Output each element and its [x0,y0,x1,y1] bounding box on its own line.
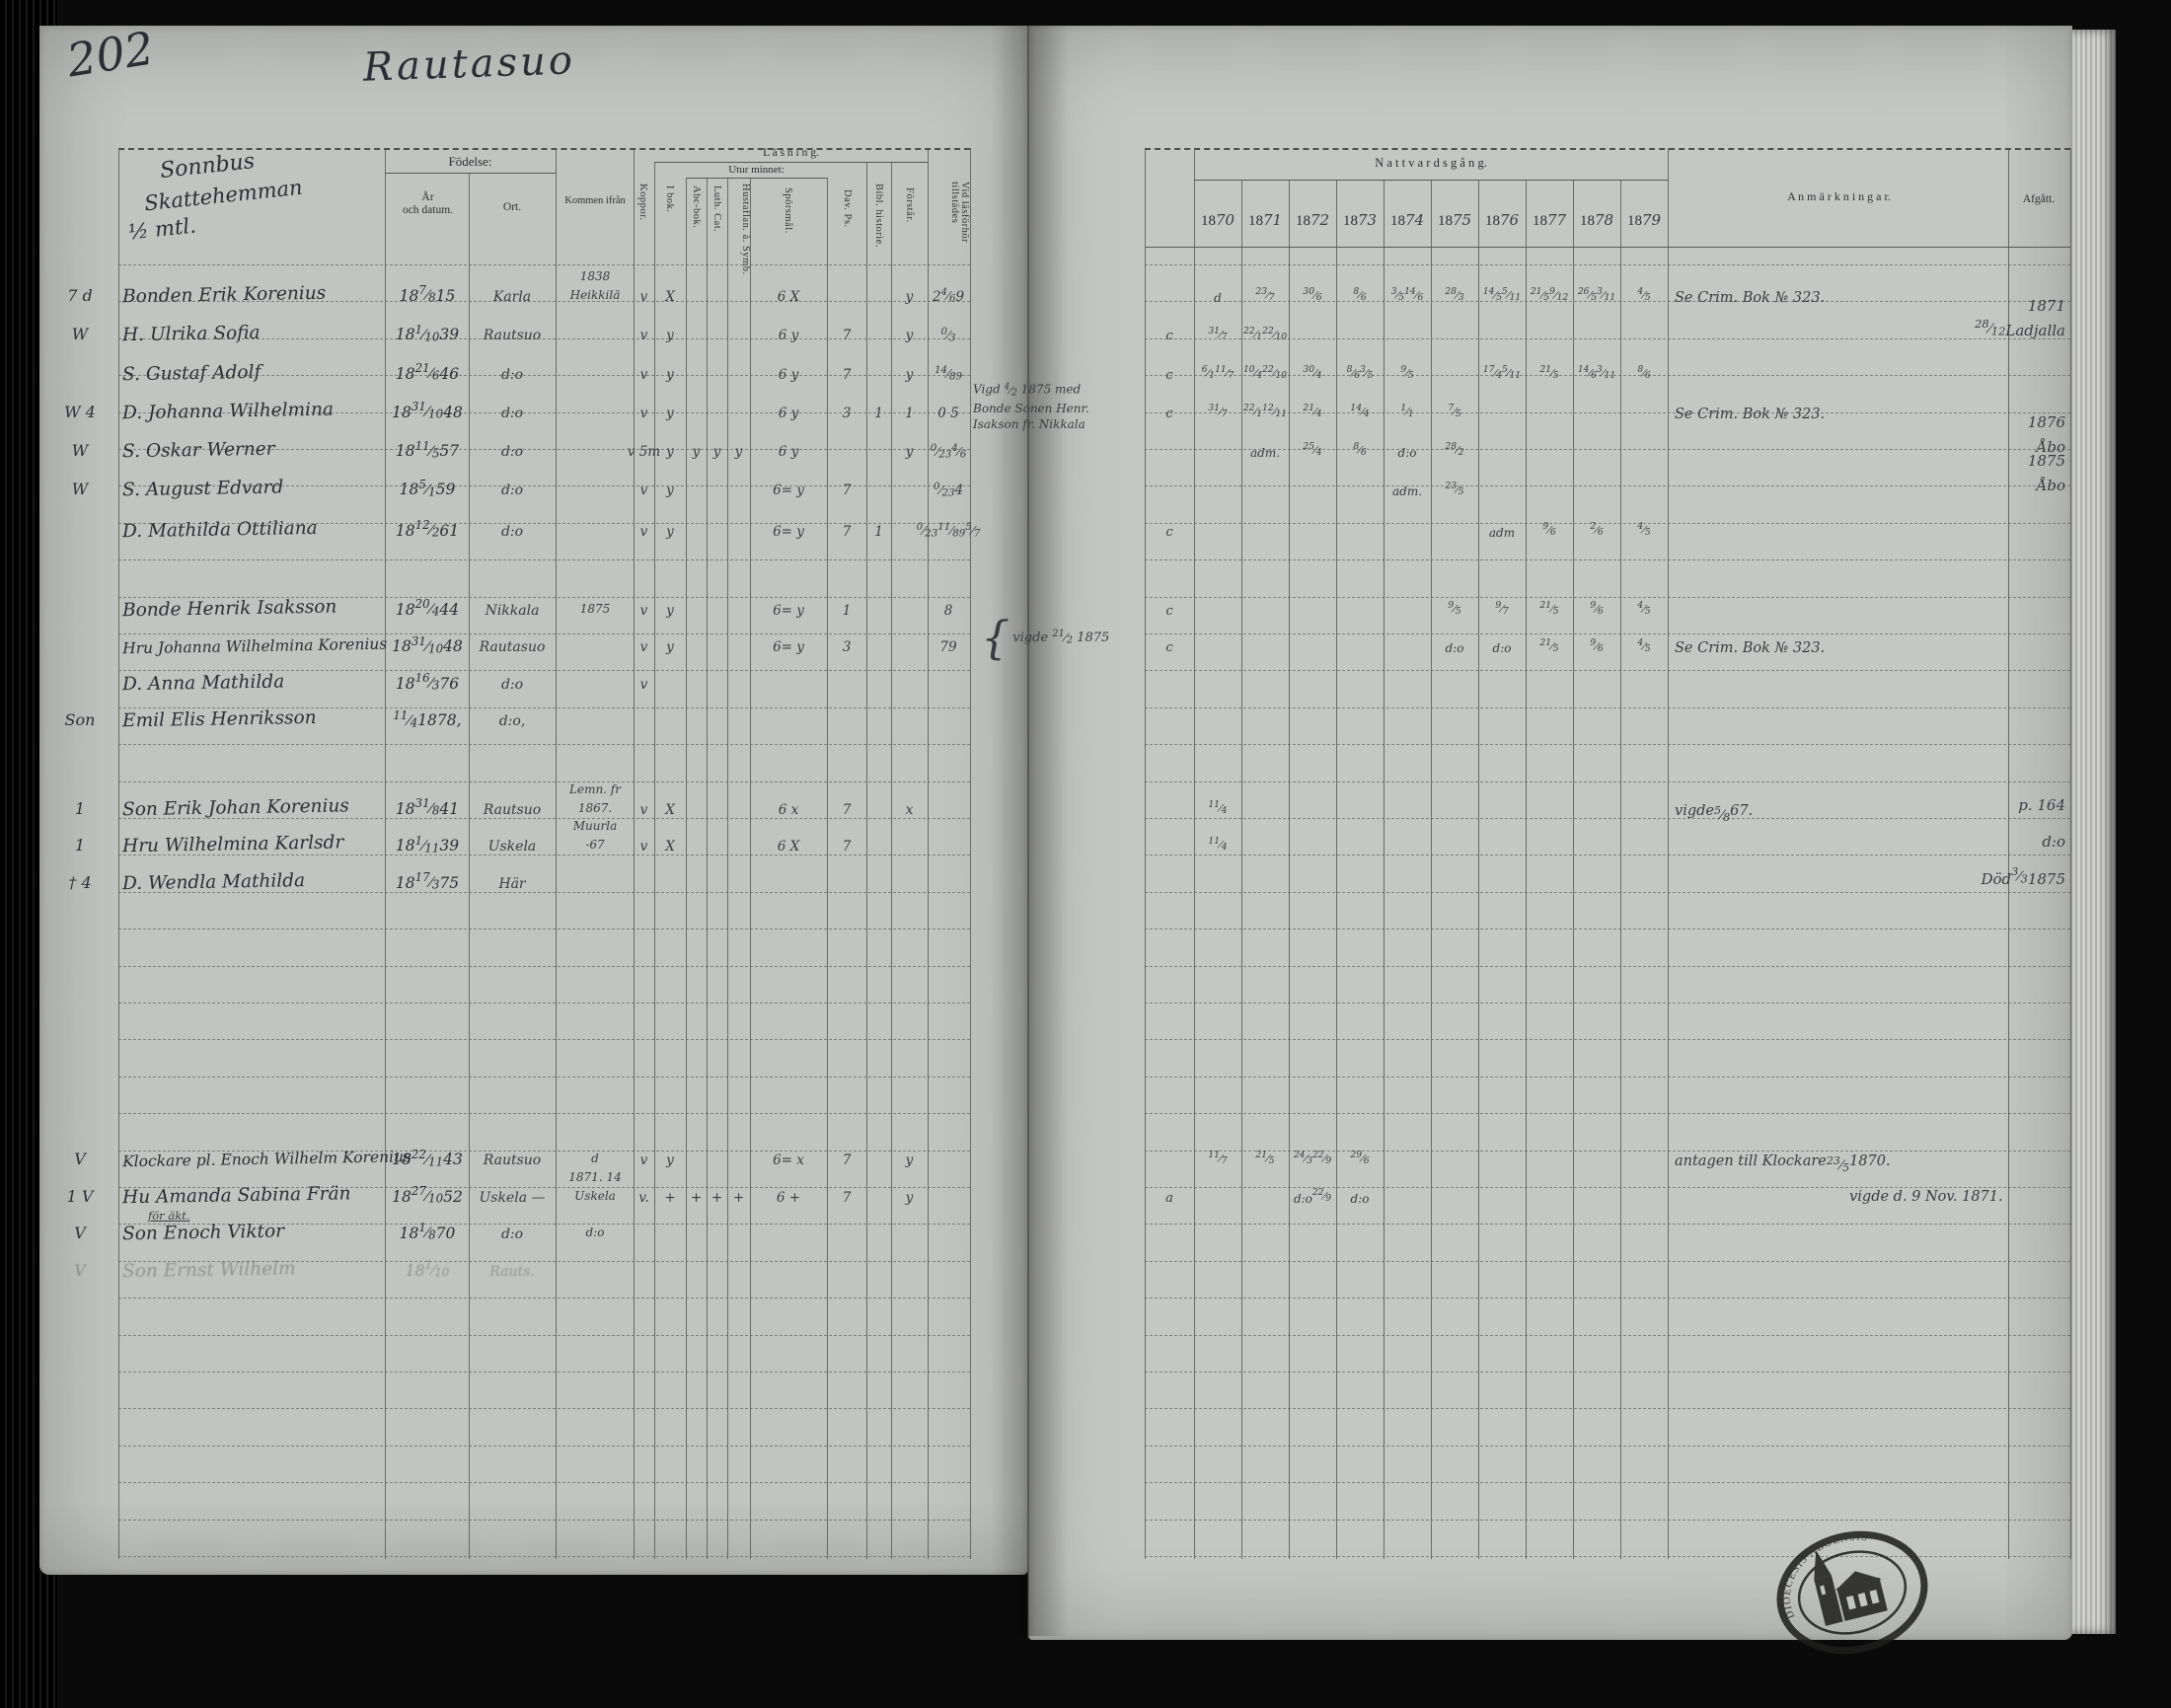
communion-date: 14⁄6 3⁄11 [1573,353,1620,383]
header-koppor: Koppor. [637,184,647,272]
column-line [118,148,119,1559]
row-rule [1145,559,2070,560]
communion-date: 7⁄5 [1431,392,1478,421]
communion-date: 9⁄6 [1573,589,1620,619]
column-line [1241,180,1242,1559]
row-margin-mark: 1 V [45,1178,114,1206]
header-divider [385,173,556,174]
communion-date: d:o 22⁄9 [1289,1176,1336,1206]
came-from: d:o [557,1218,634,1242]
mark-koppor: v [633,358,655,383]
person-name: H. Ulrika Sofia [122,313,383,346]
row-rule [118,1113,970,1114]
mark-koppor: v [633,1144,655,1168]
mark-ibok: y [653,1144,687,1168]
communion-date: 30⁄4 [1289,353,1336,383]
mark-davps: 3 [826,397,867,421]
person-name: S. August Edvard [122,468,383,501]
row-rule [1145,1408,2070,1409]
row-rule [118,1003,970,1003]
year-label: 1872 [1289,211,1336,230]
birth-place: Nikkala [470,593,555,619]
mark-spors: 6= y [749,631,828,655]
communion-date: 8⁄6 3⁄5 [1336,353,1384,383]
row-rule [1145,854,2070,855]
departure: 1875 Åbo [1868,451,2065,498]
communion-date: 21⁄5 [1526,626,1573,655]
year-label: 1874 [1384,211,1431,230]
communion-date: 4⁄5 [1620,626,1668,655]
mark-davps: 7 [826,1181,867,1206]
communion-date: 22⁄1 12⁄11 [1241,392,1289,421]
person-name: D. Anna Mathilda [122,662,383,696]
birth-date: 18 1⁄8 70 [386,1216,469,1242]
column-line [1336,180,1337,1559]
communion-date: 23⁄7 [1241,275,1289,305]
column-line [1526,180,1527,1559]
row-rule [118,928,970,929]
communion-date: 29⁄6 [1336,1139,1384,1168]
communion-date: 26⁄5 3⁄11 [1573,275,1620,305]
mark-tillst: 0⁄23 4⁄6 [925,435,972,460]
mark-forstar: x [890,793,929,818]
communion-date: 31⁄7 [1194,314,1241,343]
note-wed-note-1875: Vigd 4⁄2 1875 medBonde Sonen Henr.Isakso… [973,379,1185,432]
communion-date: 9⁄5 [1431,589,1478,619]
year-label: 1878 [1573,211,1620,230]
person-name: D. Johanna Wilhelmina [122,391,383,424]
row-rule [1145,1482,2070,1483]
birth-date: 18 20⁄4 44 [386,592,469,619]
mark-ibok: y [653,515,687,540]
header-hustaflan: Hustaflan. å. Symb. [728,184,750,276]
header-vid-lasforhor: Vid läsförhör tillstädes [932,182,969,276]
year-label: 1877 [1526,211,1573,230]
mark-ibok: y [653,435,687,460]
departure: d:o [1868,831,2065,854]
birth-place: Rautsuo [470,792,555,818]
row-rule [1145,670,2070,671]
communion-date: d:o [1431,626,1478,655]
mark-ibok: X [653,280,687,305]
year-label: 1876 [1478,211,1526,230]
mark-ibok: y [653,594,687,619]
header-luth-cat: Luth. Cat. [711,186,721,274]
departure: 28⁄12 1871 Ladjalla [1868,296,2065,343]
communion-date: 17⁄4 5⁄11 [1478,353,1526,383]
row-rule [1145,707,2070,708]
birth-place: Karla [470,279,555,305]
birth-date: 18 5⁄1 59 [386,472,469,498]
mark-abc: y [685,435,708,460]
row-margin-mark: 7 d [45,277,114,305]
communion-date: 28⁄2 [1431,430,1478,460]
mark-koppor: v [633,515,655,540]
mark-spors: 6 + [749,1181,828,1206]
row-rule [118,1482,970,1483]
row-rule [1145,1113,2070,1114]
row-margin-mark: 1 [45,790,114,818]
row-rule [1145,1077,2070,1077]
birth-place: Uskela [470,829,555,854]
mark-tillst: 8 [925,594,972,619]
communion-date: 1⁄1 [1384,392,1431,421]
communion-date: 3⁄5 14⁄6 [1384,275,1431,305]
column-line [1478,180,1479,1559]
mark-davps: 1 [826,594,867,619]
header-utur-minnet: Utur minnet: [686,164,827,176]
person-name: Son Ernst Wilhelm [122,1248,383,1282]
mark-spors: 6 y [749,397,828,421]
person-name: Hru Johanna Wilhelmina Korenius [122,625,383,658]
mark-ibok: y [653,474,687,498]
mark-davps: 7 [826,358,867,383]
birth-date: 18 1⁄11 39 [386,828,469,854]
mark-davps: 7 [826,793,867,818]
person-name: Hru Wilhelmina Karlsdr [122,824,383,857]
row-rule [118,559,970,560]
row-rule [118,1446,970,1447]
row-rule [118,1335,970,1336]
communion-date: 9⁄7 [1478,589,1526,619]
communion-date: 25⁄4 [1289,430,1336,460]
row-rule [118,781,970,782]
birth-place: d:o [470,514,555,540]
row-margin-mark: W [45,316,114,343]
mark-spors: 6 y [749,435,828,460]
header-ar-och-datum: År och datum. [387,191,469,217]
mark-spors: 6 y [749,319,828,343]
mark-spors: 6= y [749,515,828,540]
mark-forstar: y [890,435,929,460]
remark: antagen till Klockare 23⁄5 1870. vigde d… [1675,1144,2015,1215]
communion-date: 8⁄6 [1336,430,1384,460]
row-rule [1145,1298,2070,1299]
row-rule [118,1298,970,1299]
birth-date: 18 1⁄10 [386,1253,469,1280]
row-rule [1145,264,2070,265]
column-line [1573,180,1574,1559]
header-nattvardsgang: N a t t v a r d s g å n g. [1194,156,1668,171]
column-line [1668,148,1669,1559]
birth-place: d:o [470,434,555,460]
mark-bibl: 1 [865,397,892,421]
came-from: 1875 [557,594,634,619]
column-line [1620,180,1621,1559]
came-from: 1871. 14 Uskela [557,1162,634,1206]
row-rule [1145,1224,2070,1225]
row-rule [1145,928,2070,929]
birth-place: Rautsuo [470,1143,555,1168]
row-margin-mark: 1 [45,827,114,854]
communion-date: 31⁄7 [1194,392,1241,421]
row-margin-mark: Son [45,702,114,729]
communion-date: 14⁄5 5⁄11 [1478,275,1526,305]
mark-koppor: v [633,474,655,498]
row-rule [1145,1039,2070,1040]
mark-davps: 7 [826,830,867,854]
mark-tillst: 79 [925,631,972,655]
row-rule [1145,1372,2070,1373]
row-margin-mark: W [45,432,114,460]
communion-pre-mark: c [1147,595,1192,619]
year-label: 1875 [1431,211,1478,230]
birth-date: 18 1⁄10 39 [386,317,469,343]
communion-date: 6⁄1 11⁄7 [1194,353,1241,383]
person-name: D. Wendla Mathilda [122,860,383,894]
person-name: Son Erik Johan Korenius [122,787,383,821]
header-anmarkningar: A n m ä r k n i n g a r. [1670,189,2008,204]
birth-date: 18 31⁄8 41 [386,791,469,818]
communion-date: 9⁄6 [1526,510,1573,540]
birth-place: d:o [470,473,555,498]
communion-pre-mark: c [1147,320,1192,343]
mark-spors: 6 x [749,793,828,818]
birth-date: 18 16⁄3 76 [386,666,469,693]
header-ort: Ort. [471,201,554,213]
column-line [686,178,687,1559]
row-rule [118,1077,970,1077]
mark-tillst: 0⁄23 4 [925,474,972,498]
person-name: Emil Elis Henriksson [122,699,383,732]
mark-ibok: X [653,830,687,854]
communion-date: 8⁄6 [1336,275,1384,305]
mark-forstar: y [890,1144,929,1168]
mark-tillst: 2 4⁄6 9 [925,280,972,305]
mark-ibok: y [653,319,687,343]
header-divider [654,162,928,163]
row-rule [118,1520,970,1521]
scanned-ledger-page: 202 Rautasuo Sonnbus Skattehemman ½ mtl.… [0,0,2171,1708]
column-line [1289,180,1290,1559]
column-line [727,178,728,1559]
mark-spors: 6= x [749,1144,828,1168]
row-rule [1145,1335,2070,1336]
mark-davps: 7 [826,1144,867,1168]
mark-spors: 6 X [749,830,828,854]
mark-spors: 6 y [749,358,828,383]
row-margin-mark: V [45,1141,114,1168]
row-margin-mark: W 4 [45,394,114,421]
table-top-border [1145,148,2070,150]
year-label: 1873 [1336,211,1384,230]
communion-date: 4⁄5 [1620,510,1668,540]
row-rule [118,966,970,967]
person-name: S. Gustaf Adolf [122,351,383,385]
header-fodelse: Födelse: [385,154,556,170]
mark-forstar: y [890,358,929,383]
column-line [1145,148,1146,1559]
header-forstar: Förstår. [904,187,914,276]
mark-koppor: v [633,594,655,619]
birth-date: 18 7⁄8 15 [386,278,469,305]
came-from: Muurla -67 [557,811,634,854]
mark-forstar: y [890,1181,929,1206]
row-margin-mark: W [45,471,114,498]
mark-ibok: X [653,793,687,818]
birth-place: Rauts. [470,1254,555,1280]
row-rule [1145,1003,2070,1003]
mark-forstar: 1 [890,397,929,421]
year-label: 1879 [1620,211,1668,230]
mark-davps: 7 [826,515,867,540]
communion-date: 21⁄5 9⁄12 [1526,275,1573,305]
row-rule [118,854,970,855]
column-line [750,178,751,1559]
header-divider [1145,247,2070,248]
communion-date: 8⁄6 [1620,353,1668,383]
mark-davps: 3 [826,631,867,655]
mark-bibl: 1 [865,515,892,540]
header-sporsmal: Spörsmål. [783,187,792,276]
header-dav-ps: Dav. Ps. [842,189,852,276]
birth-date: 11⁄4 1878, [386,703,469,729]
communion-date: 4⁄5 [1620,589,1668,619]
row-margin-mark: V [45,1252,114,1280]
mark-koppor: v [633,830,655,854]
person-name: Bonden Erik Korenius [122,274,383,308]
header-afgatt: Afgått. [2007,193,2070,205]
communion-date: 10⁄4 22⁄10 [1241,353,1289,383]
mark-tillst: 0⁄3 [925,319,972,343]
communion-date: adm. [1241,430,1289,460]
person-name: Klockare pl. Enoch Wilhelm Korenius [122,1138,383,1171]
mark-luth: + [706,1181,728,1206]
page-edge-stack [2072,30,2116,1634]
mark-hust: + [726,1181,751,1206]
mark-ibok: + [653,1181,687,1206]
table-top-border [118,148,970,150]
note-wed-note-1875b: {vigde 21⁄2 1875 [981,618,1208,657]
mark-hust: y [726,435,751,460]
row-rule [1145,1261,2070,1262]
mark-davps: 7 [826,319,867,343]
communion-date: 22⁄1 22⁄10 [1241,314,1289,343]
row-rule [1145,966,2070,967]
communion-date: d [1194,275,1241,305]
mark-koppor: v [633,668,655,693]
header-kommen-ifran: Kommen ifrån [557,195,634,206]
mark-tillst: 14⁄89 [925,358,972,383]
mark-luth: y [706,435,728,460]
person-name: Son Enoch Viktor [122,1212,383,1245]
birth-date: 18 11⁄5 57 [386,433,469,460]
row-margin-mark: † 4 [45,864,114,892]
birth-date: 18 21⁄6 46 [386,356,469,383]
birth-date: 18 12⁄2 61 [386,513,469,540]
column-line [827,178,828,1559]
column-line [707,178,708,1559]
birth-place: d:o [470,667,555,693]
row-rule [118,1556,970,1557]
departure: p. 164 [1868,794,2065,818]
year-label: 1870 [1194,211,1241,230]
row-rule [118,818,970,819]
center-fold-shadow [991,26,1068,1636]
header-i-bok: I bok. [664,186,674,274]
mark-koppor: v 5m [633,435,655,460]
year-label: 1871 [1241,211,1289,230]
mark-koppor: v [633,319,655,343]
mark-spors: 6 X [749,280,828,305]
row-rule [1145,781,2070,782]
mark-davps: 7 [826,474,867,498]
center-fold-line [1027,26,1029,1638]
communion-date: 21⁄4 [1289,392,1336,421]
communion-date: adm. [1384,469,1431,498]
birth-date: 18 17⁄3 75 [386,865,469,892]
communion-date: 23⁄5 [1431,469,1478,498]
communion-date: d:o [1478,626,1526,655]
row-rule [1145,1446,2070,1447]
row-rule [118,1372,970,1373]
mark-ibok: y [653,631,687,655]
person-name: Bonde Henrik Isaksson [122,588,383,622]
birth-place: d:o [470,357,555,383]
communion-date: 4⁄5 [1620,275,1668,305]
mark-ibok: y [653,397,687,421]
mark-koppor: v [633,280,655,305]
column-line [1431,180,1432,1559]
row-rule [1145,1520,2070,1521]
mark-koppor: v [633,397,655,421]
communion-date: 11⁄7 [1194,1139,1241,1168]
row-margin-mark: V [45,1215,114,1242]
communion-date: 30⁄6 [1289,275,1336,305]
mark-koppor: v [633,793,655,818]
mark-spors: 6= y [749,474,828,498]
person-name: S. Oskar Werner [122,429,383,463]
header-abc-bok: Abc-bok. [691,186,701,274]
mark-ibok: y [653,358,687,383]
communion-date: 14⁄4 [1336,392,1384,421]
column-line [1384,180,1385,1559]
row-rule [1145,892,2070,893]
communion-pre-mark: c [1147,516,1192,540]
birth-place: d:o [470,1217,555,1242]
page-title: Rautasuo [362,37,575,90]
birth-date: 18 27⁄10 52 [386,1179,469,1206]
column-line [2070,148,2071,1559]
row-rule [118,1408,970,1409]
mark-koppor: v [633,631,655,655]
communion-date: 9⁄6 [1573,626,1620,655]
communion-date: 21⁄5 [1526,589,1573,619]
communion-date: 21⁄5 [1526,353,1573,383]
birth-place: d:o, [470,704,555,729]
communion-date: 11⁄4 [1194,788,1241,818]
mark-koppor: v. [633,1181,655,1206]
communion-date: 9⁄5 [1384,353,1431,383]
communion-date: 28⁄3 [1431,275,1478,305]
person-name: D. Mathilda Ottiliana [122,508,383,542]
birth-date: 18 22⁄11 43 [386,1142,469,1168]
row-rule [118,1039,970,1040]
birth-date: 18 31⁄10 48 [386,395,469,421]
communion-date: 2⁄6 [1573,510,1620,540]
mark-forstar: y [890,280,929,305]
remark: Se Crim. Bok № 323. [1675,631,2015,666]
birth-date: 18 31⁄10 48 [386,629,469,655]
communion-date: 21⁄5 [1241,1139,1289,1168]
birth-place: Rautsuo [470,318,555,343]
communion-date: d:o [1336,1176,1384,1206]
person-name: Hu Amanda Sabina Frän [122,1174,383,1208]
mark-tillst: 0 5 [925,397,972,421]
mark-tillst: 0⁄23 11⁄89 5⁄7 [925,515,972,540]
communion-date: 24⁄3 22⁄9 [1289,1139,1336,1168]
communion-pre-mark: a [1147,1182,1192,1206]
